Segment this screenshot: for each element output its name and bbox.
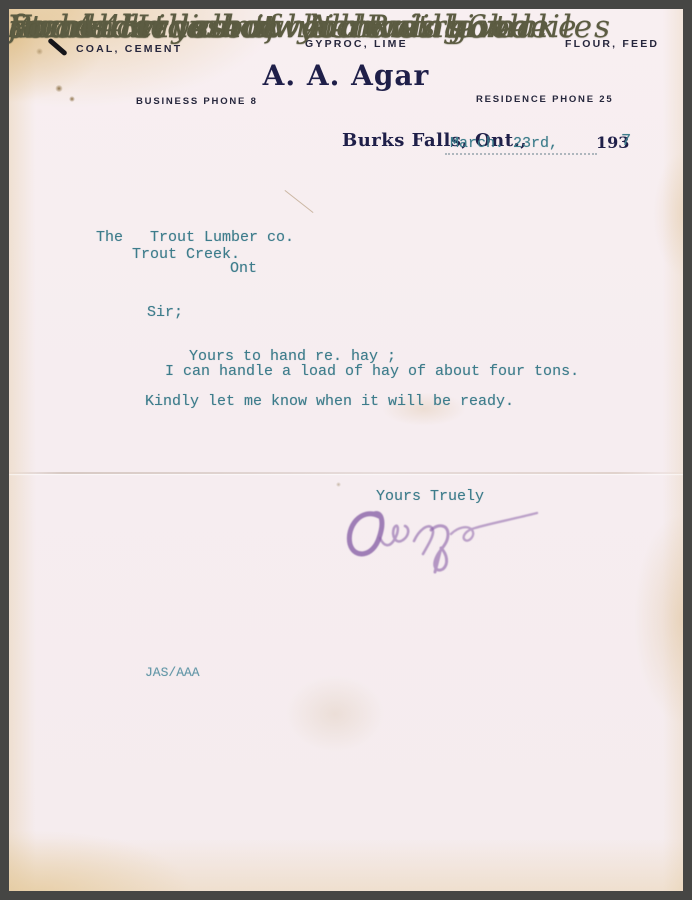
stain-speck: [36, 48, 43, 55]
scanned-letter-frame: COAL, CEMENT GYPROC, LIME FLOUR, FEED A.…: [0, 0, 692, 900]
recipient-line-2: Trout Creek.: [132, 246, 240, 263]
dateline-typed-date: March. 23rd,: [450, 135, 558, 152]
letter-paper: COAL, CEMENT GYPROC, LIME FLOUR, FEED A.…: [9, 9, 683, 891]
salutation: Sir;: [147, 304, 183, 321]
recipient-line-3: Ont: [230, 260, 257, 277]
company-name: A. A. Agar: [9, 59, 683, 92]
stain-speck: [336, 482, 341, 487]
fold-crease: [9, 472, 683, 474]
dateline-typed-year: 7: [621, 132, 631, 151]
stain-speck: [69, 96, 75, 102]
body-line-2: I can handle a load of hay of about four…: [165, 363, 579, 380]
signature-stamp: [339, 502, 554, 580]
body-line-3: Kindly let me know when it will be ready…: [145, 393, 514, 410]
scratch-mark: [285, 190, 314, 213]
recipient-line-1: The Trout Lumber co.: [96, 229, 294, 246]
reference-initials: JAS/AAA: [145, 665, 200, 680]
handwritten-line: from Here: [9, 9, 208, 45]
residence-phone-label: RESIDENCE PHONE 25: [476, 94, 613, 105]
business-phone-label: BUSINESS PHONE 8: [136, 96, 258, 107]
